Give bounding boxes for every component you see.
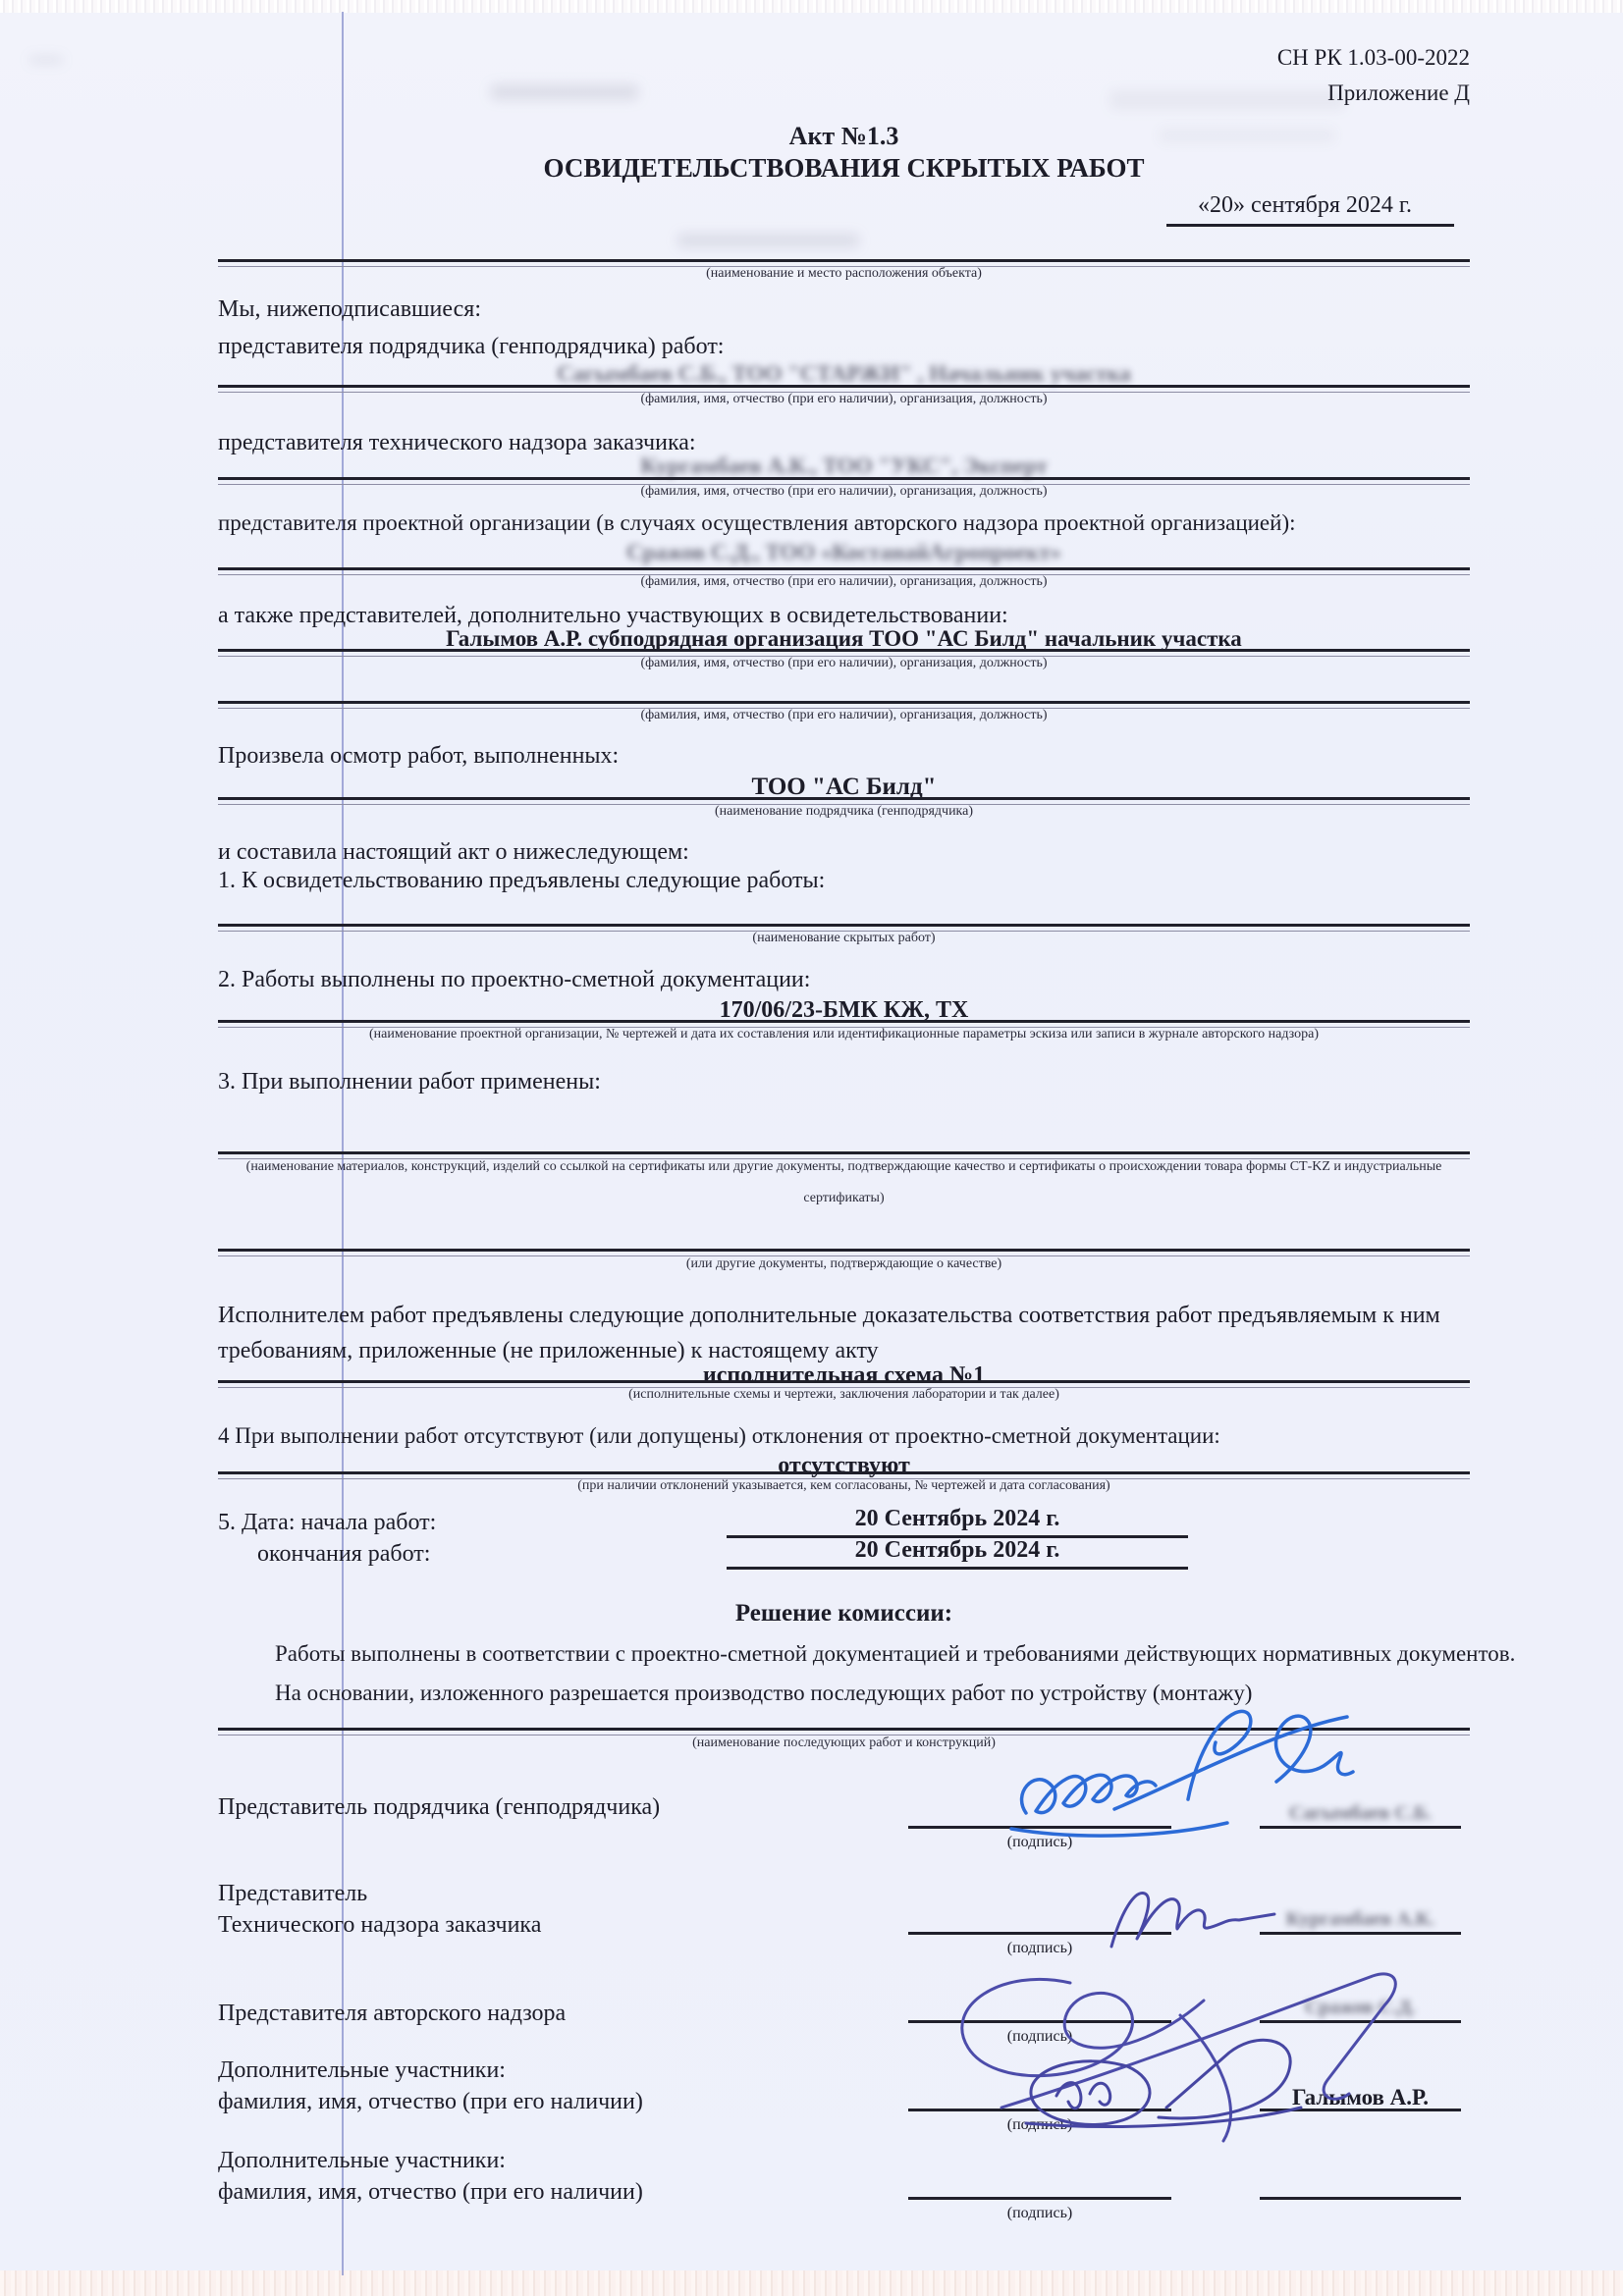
item3-label: 3. При выполнении работ применены: (218, 1069, 601, 1095)
scan-edge-bottom (0, 2270, 1623, 2296)
additional-caption: (фамилия, имя, отчество (при его наличии… (218, 656, 1470, 671)
sig-row2-label2: Технического надзора заказчика (218, 1912, 541, 1939)
design-org-value-redacted: Сражов С.Д., ТОО «КостанайАгропроект» (218, 540, 1470, 565)
evidence-caption: (исполнительные схемы и чертежи, заключе… (218, 1387, 1470, 1403)
decision-heading: Решение комиссии: (218, 1600, 1470, 1628)
design-org-label: представителя проектной организации (в с… (218, 510, 1296, 536)
scan-edge-top (0, 0, 1623, 13)
sig-row4-label: Дополнительные участники: (218, 2057, 506, 2084)
object-field-caption: (наименование и место расположения объек… (218, 266, 1470, 282)
item5-start-label: 5. Дата: начала работ: (218, 1510, 436, 1536)
item4-label: 4 При выполнении работ отсутствуют (или … (218, 1423, 1220, 1449)
signature-contractor (1011, 1711, 1353, 1836)
additional-label: а также представителей, дополнительно уч… (218, 603, 1008, 629)
contractor-value-redacted: Сагымбаев С.Б., ТОО "СТАРЖИ" , Начальник… (218, 361, 1470, 387)
contractor-label: представителя подрядчика (генподрядчика)… (218, 334, 724, 360)
intro-line: Мы, нижеподписавшиеся: (218, 296, 481, 323)
scan-artifact (491, 84, 638, 100)
doc-code: СН РК 1.03-00-2022 (1080, 45, 1470, 71)
item5-start-value: 20 Сентябрь 2024 г. (727, 1506, 1188, 1532)
scan-artifact (677, 234, 859, 247)
item5-end-label: окончания работ: (257, 1541, 430, 1568)
sig-row5-sign-caption: (подпись) (908, 2205, 1171, 2222)
inspection-caption: (наименование подрядчика (генподрядчика) (218, 804, 1470, 820)
evidence-text: Исполнителем работ предъявлены следующие… (218, 1298, 1485, 1368)
design-org-caption: (фамилия, имя, отчество (при его наличии… (218, 574, 1470, 590)
signature-tech-supervision (1111, 1894, 1274, 1947)
inspection-label: Произвела осмотр работ, выполненных: (218, 743, 619, 770)
item3-caption-a: (наименование материалов, конструкций, и… (218, 1159, 1470, 1175)
signature-author-supervision (962, 1974, 1396, 2141)
act-number: Акт №1.3 (218, 122, 1470, 151)
item5-end-line (727, 1567, 1188, 1570)
item2-label: 2. Работы выполнены по проектно-сметной … (218, 967, 810, 993)
scanned-act-document: { "header": { "code": "СН РК 1.03-00-202… (0, 0, 1623, 2296)
item3-caption-c: (или другие документы, подтверждающие о … (218, 1256, 1470, 1272)
doc-appendix: Приложение Д (1080, 80, 1470, 106)
doc-date: «20» сентября 2024 г. (1147, 192, 1463, 219)
tech-supervision-caption: (фамилия, имя, отчество (при его наличии… (218, 484, 1470, 500)
handwritten-signatures (864, 1683, 1453, 2194)
tech-supervision-value-redacted: Кургамбаев А.К., ТОО "УКС", Эксперт (218, 454, 1470, 479)
decision-p1: Работы выполнены в соответствии с проект… (275, 1641, 1515, 1667)
tech-supervision-label: представителя технического надзора заказ… (218, 430, 696, 456)
page-title: ОСВИДЕТЕЛЬСТВОВАНИЯ СКРЫТЫХ РАБОТ (218, 153, 1470, 184)
sig-row5-label: Дополнительные участники: (218, 2148, 506, 2174)
sig-row5-label2: фамилия, имя, отчество (при его наличии) (218, 2179, 643, 2206)
sig-row5-name-line (1260, 2197, 1461, 2200)
item3-line2 (218, 1249, 1470, 1256)
inspection-note: и составила настоящий акт о нижеследующе… (218, 839, 689, 866)
scan-artifact (29, 57, 63, 63)
sig-row5-sign-line (908, 2197, 1171, 2200)
sig-row3-label: Представителя авторского надзора (218, 2001, 566, 2027)
item4-caption: (при наличии отклонений указывается, кем… (218, 1478, 1470, 1494)
item5-end-value: 20 Сентябрь 2024 г. (727, 1537, 1188, 1564)
sig-row1-label: Представитель подрядчика (генподрядчика) (218, 1794, 660, 1821)
contractor-caption: (фамилия, имя, отчество (при его наличии… (218, 392, 1470, 407)
additional2-caption: (фамилия, имя, отчество (при его наличии… (218, 708, 1470, 723)
date-underline (1166, 224, 1454, 227)
item3-caption-b: сертификаты) (218, 1191, 1470, 1206)
sig-row2-label: Представитель (218, 1881, 367, 1907)
item1-caption: (наименование скрытых работ) (218, 931, 1470, 946)
item1-label: 1. К освидетельствованию предъявлены сле… (218, 868, 825, 894)
item2-caption: (наименование проектной организации, № ч… (218, 1027, 1470, 1042)
item3-line (218, 1151, 1470, 1159)
sig-row4-label2: фамилия, имя, отчество (при его наличии) (218, 2089, 643, 2115)
